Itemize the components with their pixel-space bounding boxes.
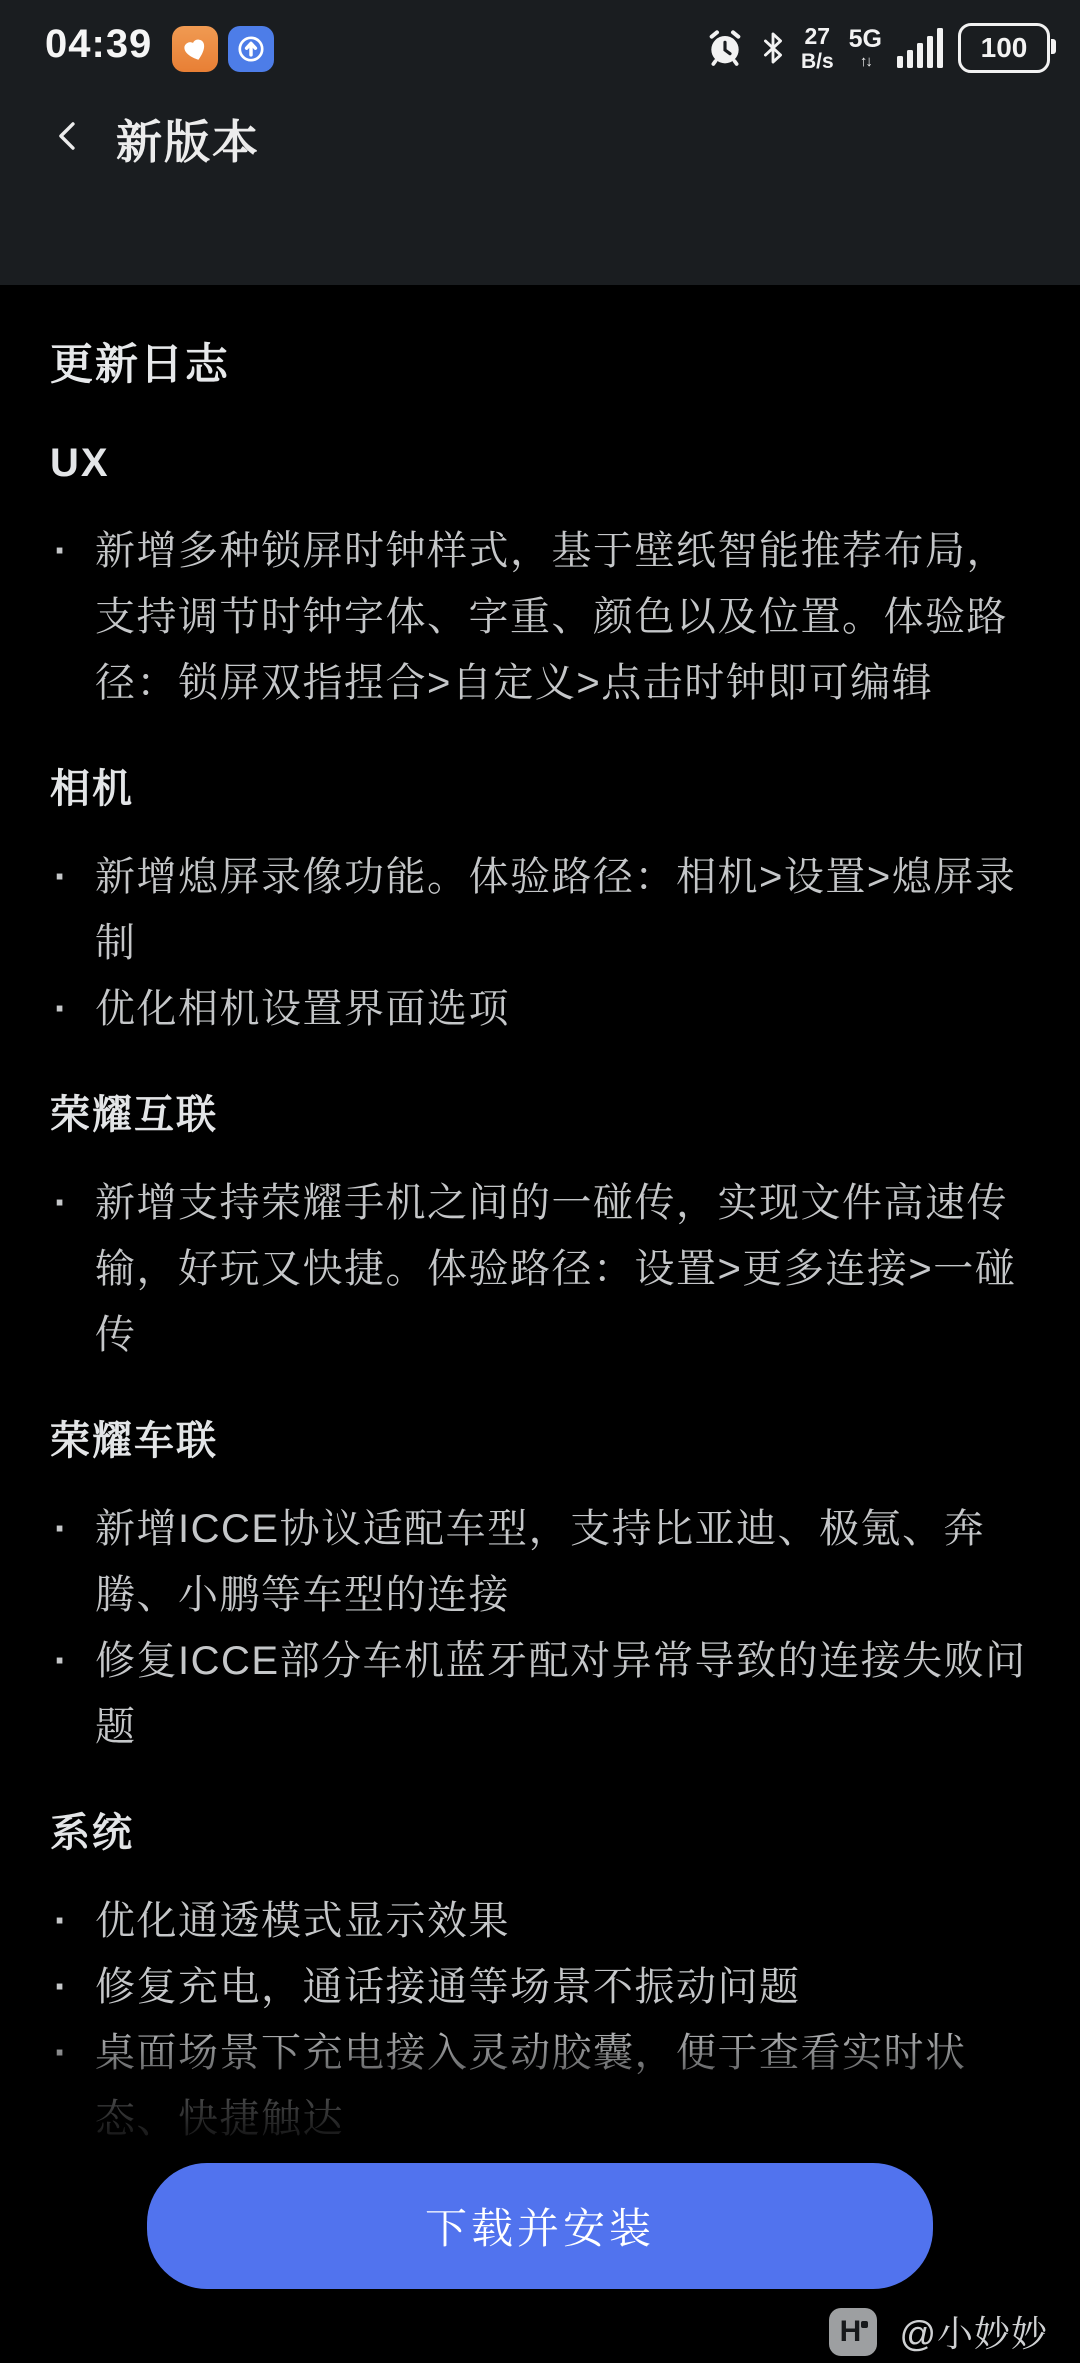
bullet-item: 修复充电，通话接通等场景不振动问题 (50, 1954, 1032, 2020)
section-heading: 荣耀互联 (50, 1090, 1032, 1140)
bullet-item: 新增支持荣耀手机之间的一碰传，实现文件高速传输，好玩又快捷。体验路径：设置>更多… (50, 1170, 1032, 1368)
traffic-arrows-icon: ↑↓ (860, 54, 871, 69)
network-speed-unit: B/s (801, 51, 834, 72)
network-speed: 27 B/s (801, 25, 834, 72)
alarm-icon (705, 28, 745, 68)
title-bar: 新版本 (0, 104, 1080, 168)
watermark: H @小妙妙 (829, 2306, 1048, 2357)
bullet-item: 修复ICCE部分车机蓝牙配对异常导致的连接失败问题 (50, 1628, 1032, 1760)
section-heading: 相机 (50, 764, 1032, 814)
section-heading: 荣耀车联 (50, 1416, 1032, 1466)
battery-level: 100 (981, 32, 1028, 64)
bullet-item: 新增ICCE协议适配车型，支持比亚迪、极氪、奔腾、小鹏等车型的连接 (50, 1496, 1032, 1628)
download-install-button[interactable]: 下载并安装 (147, 2163, 933, 2289)
section-honor-car-connect: 荣耀车联 新增ICCE协议适配车型，支持比亚迪、极氪、奔腾、小鹏等车型的连接 修… (50, 1416, 1032, 1760)
status-bar: 04:39 (0, 0, 1080, 96)
bullet-list: 新增熄屏录像功能。体验路径：相机>设置>熄屏录制 优化相机设置界面选项 (50, 844, 1032, 1042)
bluetooth-icon (760, 29, 786, 67)
section-ux: UX 新增多种锁屏时钟样式，基于壁纸智能推荐布局，支持调节时钟字体、字重、颜色以… (50, 438, 1032, 716)
update-screen: 04:39 (0, 0, 1080, 2363)
bullet-list: 新增ICCE协议适配车型，支持比亚迪、极氪、奔腾、小鹏等车型的连接 修复ICCE… (50, 1496, 1032, 1760)
clock-time: 04:39 (45, 22, 152, 67)
watermark-badge-icon: H (829, 2308, 877, 2356)
signal-bars-icon (897, 28, 943, 68)
status-icons: 27 B/s 5G ↑↓ 100 (705, 22, 1050, 74)
bullet-item: 新增熄屏录像功能。体验路径：相机>设置>熄屏录制 (50, 844, 1032, 976)
watermark-handle: @小妙妙 (899, 2306, 1048, 2357)
section-heading: 系统 (50, 1808, 1032, 1858)
section-heading: UX (50, 438, 1032, 488)
system-update-icon (228, 26, 274, 72)
network-type: 5G ↑↓ (849, 27, 882, 69)
bullet-item: 优化相机设置界面选项 (50, 976, 1032, 1042)
chevron-left-icon (51, 111, 85, 161)
download-install-label: 下载并安装 (425, 2196, 655, 2256)
bullet-item: 新增多种锁屏时钟样式，基于壁纸智能推荐布局，支持调节时钟字体、字重、颜色以及位置… (50, 518, 1032, 716)
watermark-badge-letter: H (840, 2315, 862, 2349)
section-camera: 相机 新增熄屏录像功能。体验路径：相机>设置>熄屏录制 优化相机设置界面选项 (50, 764, 1032, 1042)
network-type-label: 5G (849, 27, 882, 52)
bullet-item: 优化通透模式显示效果 (50, 1888, 1032, 1954)
network-speed-value: 27 (805, 25, 831, 48)
back-button[interactable] (46, 110, 90, 162)
section-honor-connect: 荣耀互联 新增支持荣耀手机之间的一碰传，实现文件高速传输，好玩又快捷。体验路径：… (50, 1090, 1032, 1368)
page-title: 新版本 (116, 106, 260, 172)
health-heart-icon (172, 26, 218, 72)
update-log-scroll-area[interactable]: 更新日志 UX 新增多种锁屏时钟样式，基于壁纸智能推荐布局，支持调节时钟字体、字… (50, 340, 1032, 2152)
update-log-title: 更新日志 (50, 340, 1032, 390)
battery-icon: 100 (958, 23, 1050, 73)
top-band: 04:39 (0, 0, 1080, 285)
bullet-list: 新增多种锁屏时钟样式，基于壁纸智能推荐布局，支持调节时钟字体、字重、颜色以及位置… (50, 518, 1032, 716)
bullet-list: 新增支持荣耀手机之间的一碰传，实现文件高速传输，好玩又快捷。体验路径：设置>更多… (50, 1170, 1032, 1368)
battery-nub (1051, 39, 1056, 54)
